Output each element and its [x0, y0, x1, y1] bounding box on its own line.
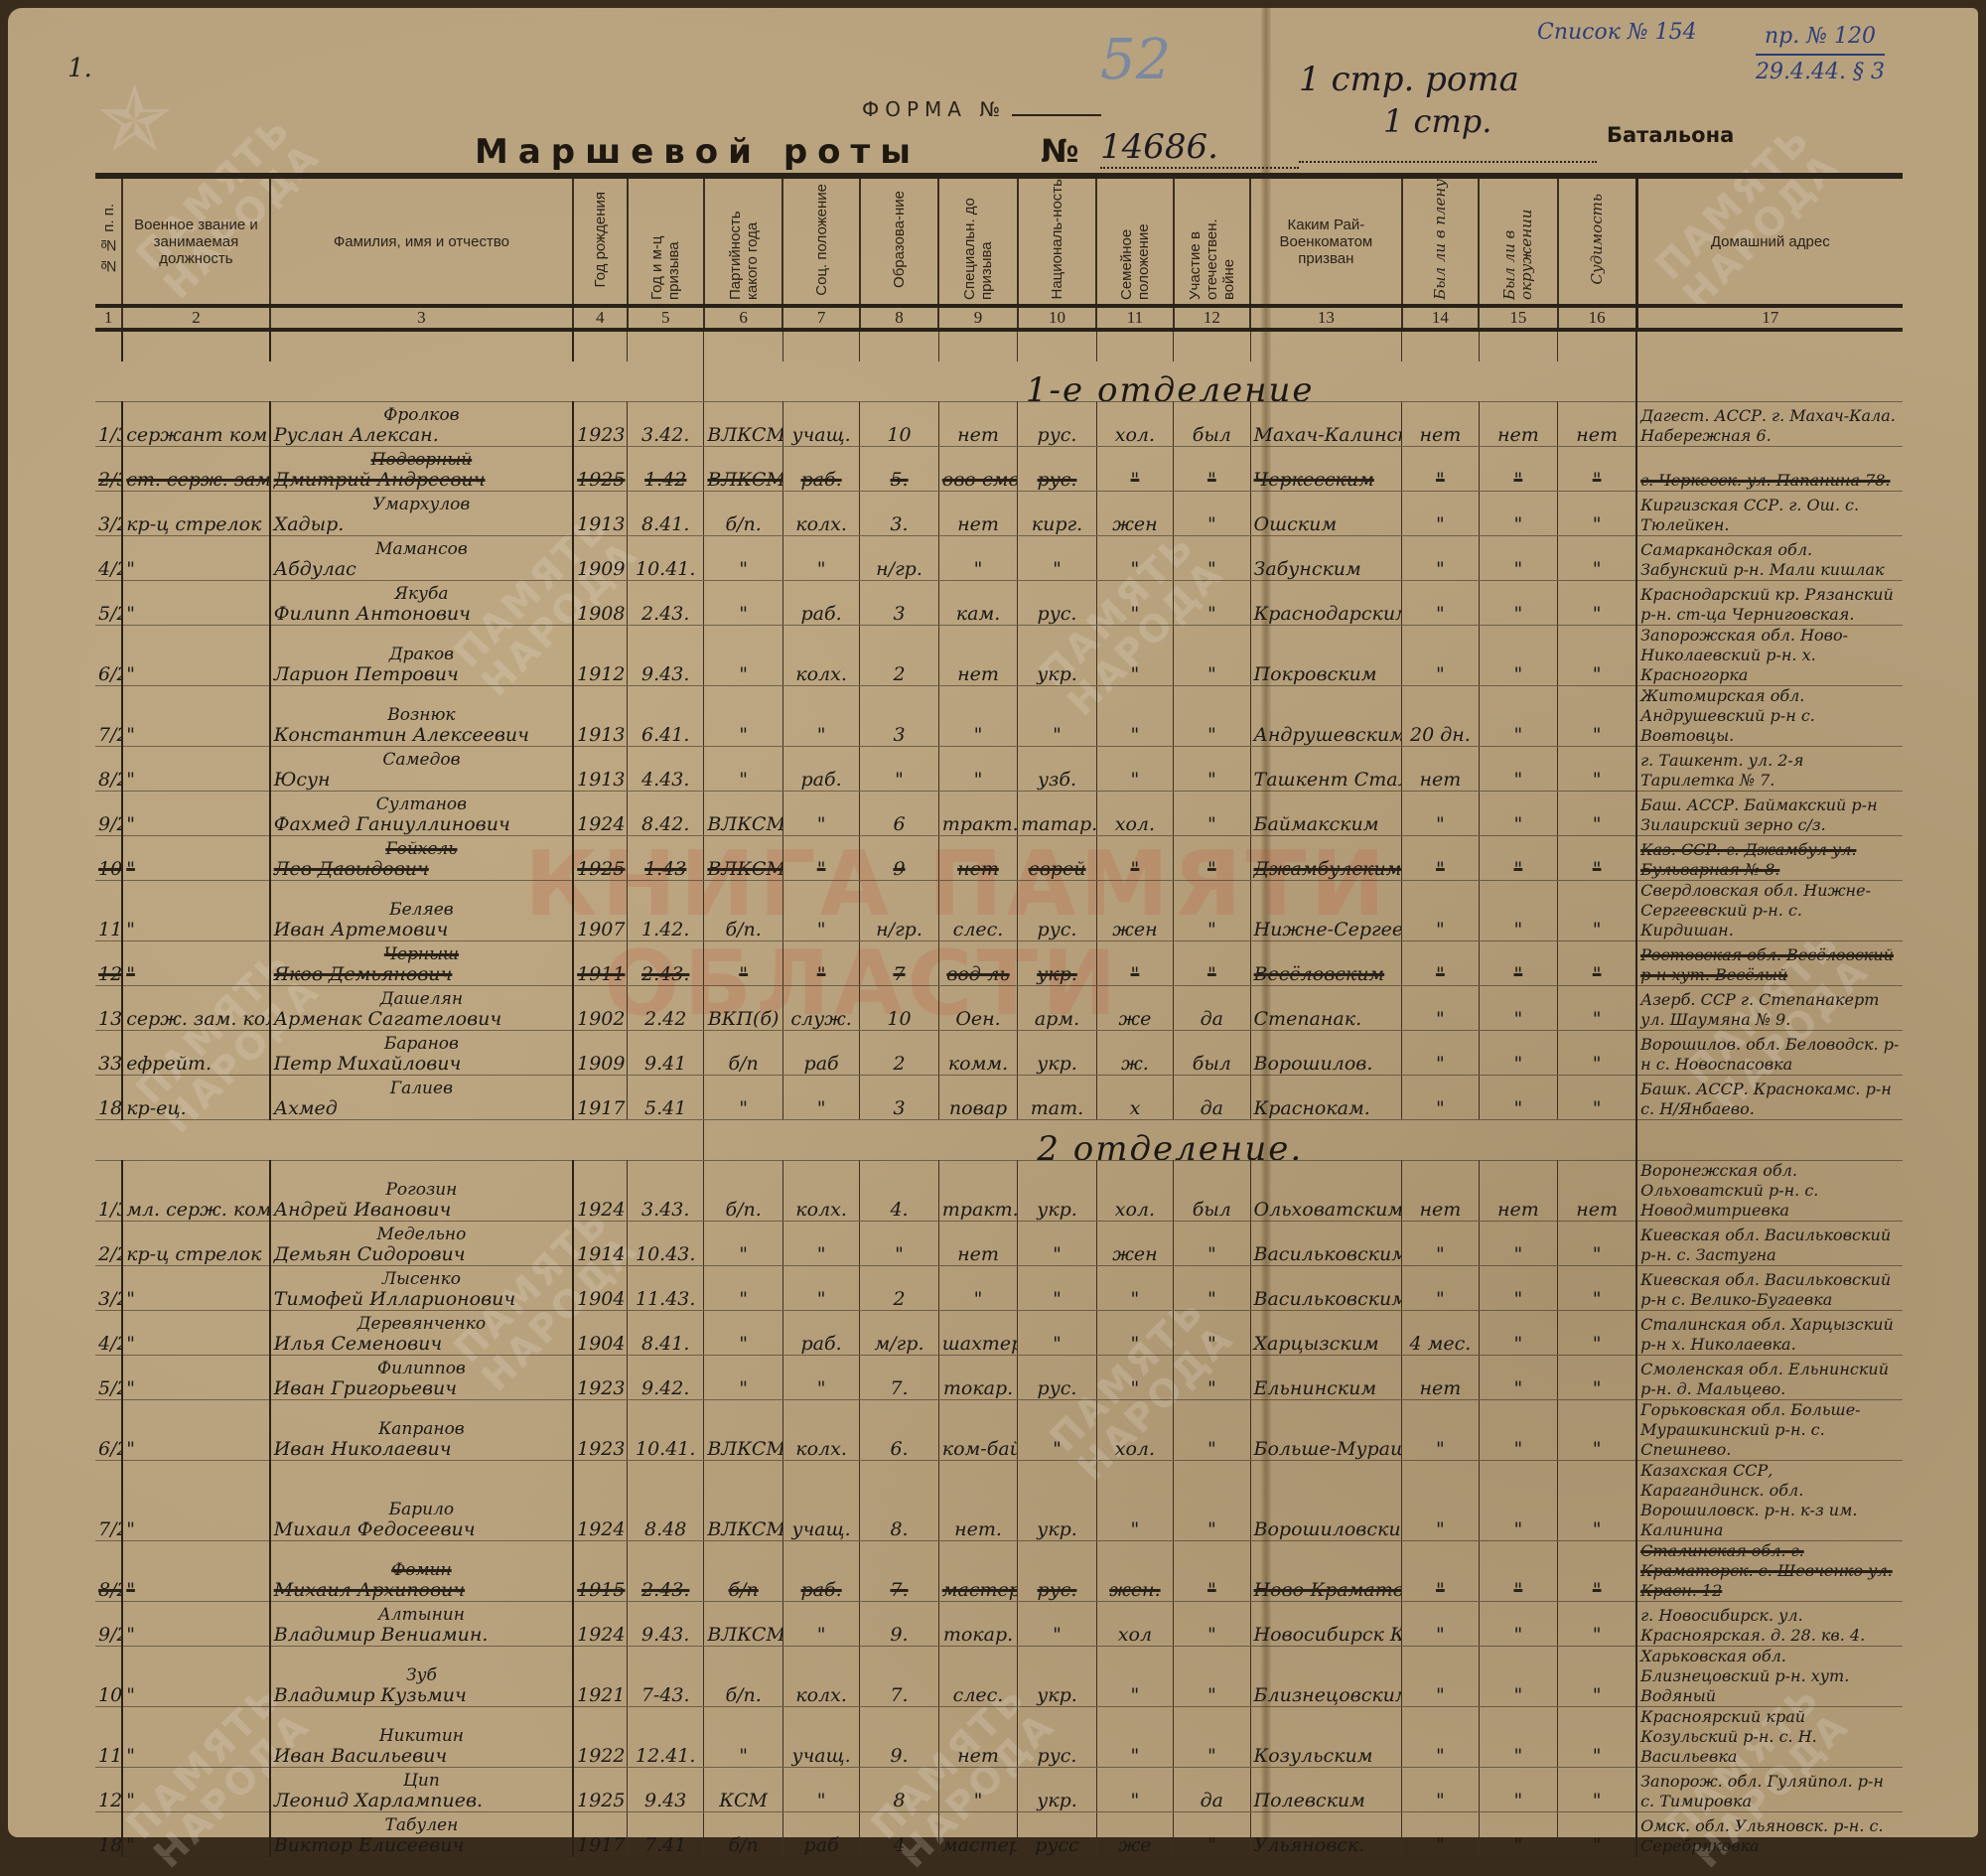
- rvk-cell: Больше-Мурашкинским: [1250, 1400, 1402, 1461]
- table-row: 2/2223кр-ц стрелокМедельноДемьян Сидоров…: [95, 1222, 1903, 1266]
- social-cell: ": [782, 836, 859, 881]
- encircled-cell: ": [1479, 1400, 1557, 1461]
- family-cell: ": [1096, 836, 1173, 881]
- full-name-cell: ЦипЛеонид Харлампиев.: [270, 1768, 573, 1812]
- social-cell: учащ.: [782, 1707, 859, 1768]
- draft-date-cell: 8.48: [628, 1461, 704, 1541]
- full-name-cell: ЧернышЯков Демьянович: [270, 941, 573, 986]
- war-participation-cell: был: [1174, 1161, 1250, 1222]
- birth-year-cell: 1913: [573, 747, 627, 792]
- given-names: Абдулас: [274, 558, 356, 580]
- address-cell: Сталинская обл. г. Краматорск. с. Шевчен…: [1636, 1541, 1903, 1602]
- surname: Галиев: [274, 1080, 569, 1097]
- given-names: Владимир Вениамин.: [274, 1624, 489, 1646]
- row-number: 1/338: [95, 1161, 122, 1222]
- nationality-cell: ": [1018, 1311, 1096, 1356]
- education-cell: 4: [860, 1812, 938, 1846]
- address-cell: Самаркандская обл. Забунский р-н. Мали к…: [1636, 536, 1903, 581]
- birth-year-cell: 1921: [573, 1647, 627, 1707]
- battalion-blank-line: [1299, 161, 1597, 163]
- social-cell: ": [782, 881, 859, 941]
- convicted-cell: ": [1558, 1541, 1636, 1602]
- roster-table: № № п. п. Военное звание и занимаемая до…: [95, 179, 1903, 1845]
- section-title: 1-е отделение: [704, 361, 1636, 402]
- specialty-cell: мастер: [938, 1812, 1017, 1846]
- given-names: Андрей Иванович: [274, 1199, 452, 1221]
- birth-year-cell: 1923: [573, 1356, 627, 1400]
- convicted-cell: ": [1558, 1356, 1636, 1400]
- captive-cell: ": [1402, 536, 1479, 581]
- birth-year-cell: 1917: [573, 1812, 627, 1846]
- empty-cell: [95, 330, 122, 361]
- col-header-rvk: Каким Рай-Военкоматом призван: [1250, 179, 1402, 306]
- captive-cell: нет: [1402, 402, 1479, 447]
- form-label: ФОРМА №: [862, 97, 1101, 121]
- row-number: 334: [95, 1031, 122, 1076]
- nationality-cell: рус.: [1018, 447, 1096, 492]
- family-cell: жен: [1096, 881, 1173, 941]
- birth-year-cell: 1904.: [573, 1266, 627, 1311]
- education-cell: 6.: [860, 1400, 938, 1461]
- war-participation-cell: ": [1174, 941, 1250, 986]
- full-name-cell: ЯкубаФилипп Антонович: [270, 581, 573, 626]
- nationality-cell: ": [1018, 1602, 1096, 1647]
- draft-date-cell: 7.41: [628, 1812, 704, 1846]
- empty-cell: [938, 330, 1017, 361]
- party-cell: б/п.: [704, 881, 782, 941]
- row-number: 2/2223: [95, 1222, 122, 1266]
- education-cell: м/гр.: [860, 1311, 938, 1356]
- party-cell: ВЛКСМ: [704, 1602, 782, 1647]
- convicted-cell: ": [1558, 1707, 1636, 1768]
- family-cell: ": [1096, 447, 1173, 492]
- rank-cell: ": [122, 1400, 270, 1461]
- table-row: 12/2235"ЦипЛеонид Харлампиев.19259.43КСМ…: [95, 1768, 1903, 1812]
- specialty-cell: слес.: [938, 1647, 1017, 1707]
- full-name-cell: ДеревянченкоИлья Семенович: [270, 1311, 573, 1356]
- full-name-cell: ДраковЛарион Петрович: [270, 626, 573, 686]
- education-cell: 7.: [860, 1356, 938, 1400]
- table-row: 9/2241."АлтынинВладимир Вениамин.19249.4…: [95, 1602, 1903, 1647]
- draft-date-cell: 3.43.: [628, 1161, 704, 1222]
- education-cell: 3: [860, 581, 938, 626]
- row-number: 4/2230: [95, 1311, 122, 1356]
- specialty-cell: нет: [938, 1707, 1017, 1768]
- rvk-cell: Ташкент Сталинским: [1250, 747, 1402, 792]
- rvk-cell: Ново-Краматорским: [1250, 1541, 1402, 1602]
- draft-date-cell: 9.41: [628, 1031, 704, 1076]
- rank-cell: ": [122, 1602, 270, 1647]
- encircled-cell: ": [1479, 881, 1557, 941]
- rank-cell: ": [122, 747, 270, 792]
- table-row: 3/2231"ЛысенкоТимофей Илларионович1904.1…: [95, 1266, 1903, 1311]
- full-name-cell: БарановПетр Михайлович: [270, 1031, 573, 1076]
- convicted-cell: ": [1558, 941, 1636, 986]
- specialty-cell: ": [938, 1768, 1017, 1812]
- captive-cell: ": [1402, 1400, 1479, 1461]
- convicted-cell: ": [1558, 1400, 1636, 1461]
- captive-cell: ": [1402, 1602, 1479, 1647]
- nationality-cell: укр.: [1018, 1768, 1096, 1812]
- family-cell: ": [1096, 1707, 1173, 1768]
- address-cell: Киевская обл. Васильковский р-н с. Велик…: [1636, 1266, 1903, 1311]
- family-cell: ": [1096, 1461, 1173, 1541]
- col-header-captive: Был ли в плену: [1402, 179, 1479, 306]
- surname: Султанов: [274, 795, 569, 813]
- empty-cell: [1479, 330, 1557, 361]
- given-names: Яков Демьянович: [274, 963, 453, 985]
- full-name-cell: АлтынинВладимир Вениамин.: [270, 1602, 573, 1647]
- family-cell: ": [1096, 536, 1173, 581]
- encircled-cell: ": [1479, 836, 1557, 881]
- rank-cell: ": [122, 1266, 270, 1311]
- specialty-cell: мастер разлив.: [938, 1541, 1017, 1602]
- convicted-cell: ": [1558, 792, 1636, 836]
- captive-cell: ": [1402, 626, 1479, 686]
- nationality-cell: укр.: [1018, 626, 1096, 686]
- rank-cell: серж. зам. ком. взв.: [122, 986, 270, 1031]
- birth-year-cell: 1913.: [573, 686, 627, 747]
- col-num: 15: [1479, 306, 1557, 330]
- war-participation-cell: ": [1174, 747, 1250, 792]
- nationality-cell: еврей: [1018, 836, 1096, 881]
- draft-date-cell: 9.42.: [628, 1356, 704, 1400]
- convicted-cell: ": [1558, 747, 1636, 792]
- party-cell: б/п: [704, 1031, 782, 1076]
- full-name-cell: КапрановИван Николаевич: [270, 1400, 573, 1461]
- rank-cell: ": [122, 1541, 270, 1602]
- party-cell: б/п.: [704, 492, 782, 536]
- draft-date-cell: 5.41: [628, 1076, 704, 1120]
- specialty-cell: токар.: [938, 1356, 1017, 1400]
- row-number: 4/2243.: [95, 536, 122, 581]
- family-cell: жен.: [1096, 1541, 1173, 1602]
- specialty-cell: тракт.: [938, 792, 1017, 836]
- war-participation-cell: ": [1174, 1266, 1250, 1311]
- draft-date-cell: 9.43.: [628, 1602, 704, 1647]
- full-name-cell: ГалиевАхмед: [270, 1076, 573, 1120]
- party-cell: ": [704, 1266, 782, 1311]
- col-header-drafted: Год и м-ц призыва: [628, 179, 704, 306]
- address-cell: г. Ташкент. ул. 2-я Тарилетка № 7.: [1636, 747, 1903, 792]
- draft-date-cell: 2.43.: [628, 941, 704, 986]
- address-cell: Баш. АССР. Баймакский р-н Зилаирский зер…: [1636, 792, 1903, 836]
- war-participation-cell: ": [1174, 1602, 1250, 1647]
- full-name-cell: МамансовАбдулас: [270, 536, 573, 581]
- table-row: 6/2255"ДраковЛарион Петрович1912.9.43."к…: [95, 626, 1903, 686]
- party-cell: ": [704, 747, 782, 792]
- given-names: Арменак Сагателович: [274, 1008, 501, 1030]
- family-cell: х: [1096, 1076, 1173, 1120]
- col-header-party: Партийность какого года: [704, 179, 782, 306]
- full-name-cell: СултановФахмед Ганиуллинович: [270, 792, 573, 836]
- war-participation-cell: ": [1174, 1647, 1250, 1707]
- address-cell: Смоленская обл. Ельнинский р-н. д. Мальц…: [1636, 1356, 1903, 1400]
- column-headers: № № п. п. Военное звание и занимаемая до…: [95, 179, 1903, 306]
- row-number: 11/2247: [95, 881, 122, 941]
- order-number: пр. № 120: [1756, 20, 1885, 56]
- surname: Филиппов: [274, 1360, 569, 1377]
- given-names: Лев Давыдович: [274, 858, 429, 880]
- order-reference-note: пр. № 120 29.4.44. § 3: [1756, 20, 1885, 89]
- family-cell: ": [1096, 581, 1173, 626]
- table-row: 2/343.ст. серж. зам. ком. отд.ПодгорныйД…: [95, 447, 1903, 492]
- convicted-cell: ": [1558, 536, 1636, 581]
- address-cell: г. Новосибирск. ул. Красноярская. д. 28.…: [1636, 1602, 1903, 1647]
- social-cell: колх.: [782, 1400, 859, 1461]
- nationality-cell: рус.: [1018, 1356, 1096, 1400]
- war-participation-cell: да: [1174, 1768, 1250, 1812]
- full-name-cell: ЛысенкоТимофей Илларионович: [270, 1266, 573, 1311]
- address-cell: Красноярский край Козульский р-н. с. Н. …: [1636, 1707, 1903, 1768]
- social-cell: ": [782, 792, 859, 836]
- company-note: 1 стр. рота: [1299, 60, 1519, 99]
- full-name-cell: БарилоМихаил Федосеевич: [270, 1461, 573, 1541]
- birth-year-cell: 1914.: [573, 1222, 627, 1266]
- specialty-cell: ": [938, 536, 1017, 581]
- rvk-cell: Васильковским: [1250, 1266, 1402, 1311]
- birth-year-cell: 1911: [573, 941, 627, 986]
- encircled-cell: ": [1479, 626, 1557, 686]
- birth-year-cell: 1924: [573, 1602, 627, 1647]
- specialty-cell: ": [938, 1266, 1017, 1311]
- party-cell: ВЛКСМ: [704, 792, 782, 836]
- surname: Якуба: [274, 585, 569, 603]
- nationality-cell: рус.: [1018, 1541, 1096, 1602]
- section-header: 2 отделение.: [95, 1120, 1903, 1161]
- encircled-cell: ": [1479, 792, 1557, 836]
- number-sign: №: [1041, 132, 1079, 170]
- given-names: Филипп Антонович: [274, 603, 471, 625]
- address-cell: Ростовская обл. Весёловский р-н хут. Вес…: [1636, 941, 1903, 986]
- family-cell: жен: [1096, 1222, 1173, 1266]
- war-participation-cell: ": [1174, 1812, 1250, 1846]
- order-date: 29.4.44. § 3: [1756, 56, 1885, 89]
- convicted-cell: ": [1558, 1311, 1636, 1356]
- convicted-cell: ": [1558, 1266, 1636, 1311]
- col-num: 12: [1174, 306, 1250, 330]
- specialty-cell: ово-смот.: [938, 447, 1017, 492]
- family-cell: ": [1096, 626, 1173, 686]
- nationality-cell: узб.: [1018, 747, 1096, 792]
- captive-cell: ": [1402, 1768, 1479, 1812]
- captive-cell: ": [1402, 1541, 1479, 1602]
- education-cell: 4.: [860, 1161, 938, 1222]
- empty-cell: [573, 330, 627, 361]
- encircled-cell: ": [1479, 1356, 1557, 1400]
- row-number: 1805: [95, 1812, 122, 1846]
- rank-cell: ": [122, 1311, 270, 1356]
- address-cell: Киевская обл. Васильковский р-н. с. Заст…: [1636, 1222, 1903, 1266]
- table-row: 334ефрейт.БарановПетр Михайлович19099.41…: [95, 1031, 1903, 1076]
- rank-cell: ": [122, 536, 270, 581]
- social-cell: ": [782, 1076, 859, 1120]
- table-row: 4/2230"ДеревянченкоИлья Семенович19048.4…: [95, 1311, 1903, 1356]
- nationality-cell: укр.: [1018, 1647, 1096, 1707]
- full-name-cell: МедельноДемьян Сидорович: [270, 1222, 573, 1266]
- rvk-cell: Степанак.: [1250, 986, 1402, 1031]
- table-row: 10/2253"ГойхельЛев Давыдович19251.43ВЛКС…: [95, 836, 1903, 881]
- captive-cell: нет: [1402, 1161, 1479, 1222]
- given-names: Демьян Сидорович: [274, 1243, 466, 1265]
- family-cell: же: [1096, 986, 1173, 1031]
- section-header: 1-е отделение: [95, 361, 1903, 402]
- table-row: 11/2247"БеляевИван Артемович19071.42.б/п…: [95, 881, 1903, 941]
- family-cell: ": [1096, 1356, 1173, 1400]
- captive-cell: ": [1402, 581, 1479, 626]
- col-num: 11: [1096, 306, 1173, 330]
- col-num: 7: [782, 306, 859, 330]
- rank-cell: ": [122, 581, 270, 626]
- empty-cell: [95, 1120, 704, 1161]
- birth-year-cell: 1923: [573, 402, 627, 447]
- surname: Барило: [274, 1501, 569, 1518]
- birth-year-cell: 1924.: [573, 792, 627, 836]
- captive-cell: нет: [1402, 747, 1479, 792]
- family-cell: ": [1096, 1647, 1173, 1707]
- education-cell: 2: [860, 1031, 938, 1076]
- surname: Подгорный: [274, 451, 569, 469]
- nationality-cell: ": [1018, 536, 1096, 581]
- table-row: 6/2233."КапрановИван Николаевич192310.41…: [95, 1400, 1903, 1461]
- education-cell: 3.: [860, 492, 938, 536]
- given-names: Хадыр.: [274, 513, 345, 535]
- family-cell: хол.: [1096, 402, 1173, 447]
- social-cell: ": [782, 536, 859, 581]
- given-names: Юсун: [274, 769, 331, 791]
- rvk-cell: Новосибирск Кагановическим: [1250, 1602, 1402, 1647]
- empty-cell: [1558, 330, 1636, 361]
- table-row: 13/6серж. зам. ком. взв.ДашелянАрменак С…: [95, 986, 1903, 1031]
- birth-year-cell: 1922: [573, 1707, 627, 1768]
- encircled-cell: ": [1479, 1076, 1557, 1120]
- address-cell: г. Черкесск. ул. Папанина 78.: [1636, 447, 1903, 492]
- captive-cell: ": [1402, 881, 1479, 941]
- row-number: 5/2221: [95, 1356, 122, 1400]
- given-names: Леонид Харлампиев.: [274, 1790, 483, 1811]
- table-spacer: [95, 330, 1903, 361]
- address-cell: Харьковская обл. Близнецовский р-н. хут.…: [1636, 1647, 1903, 1707]
- nationality-cell: рус.: [1018, 402, 1096, 447]
- empty-cell: [95, 361, 704, 402]
- encircled-cell: ": [1479, 1707, 1557, 1768]
- birth-year-cell: 1909: [573, 536, 627, 581]
- address-cell: Омск. обл. Ульяновск. р-н. с. Серебряков…: [1636, 1812, 1903, 1846]
- specialty-cell: комм.: [938, 1031, 1017, 1076]
- party-cell: б/п.: [704, 1161, 782, 1222]
- social-cell: ": [782, 941, 859, 986]
- nationality-cell: татар.: [1018, 792, 1096, 836]
- party-cell: ": [704, 1222, 782, 1266]
- row-number: 10/2225: [95, 1647, 122, 1707]
- rank-cell: ": [122, 792, 270, 836]
- row-number: 7/2252: [95, 686, 122, 747]
- birth-year-cell: 1923: [573, 1400, 627, 1461]
- row-number: 8/2234: [95, 1541, 122, 1602]
- family-cell: хол.: [1096, 1400, 1173, 1461]
- convicted-cell: ": [1558, 1031, 1636, 1076]
- party-cell: ": [704, 1707, 782, 1768]
- birth-year-cell: 1902: [573, 986, 627, 1031]
- address-cell: Свердловская обл. Нижне-Сергеевский р-н.…: [1636, 881, 1903, 941]
- col-num: 4: [573, 306, 627, 330]
- convicted-cell: ": [1558, 1768, 1636, 1812]
- social-cell: ": [782, 1768, 859, 1812]
- col-header-convicted: Судимость: [1558, 179, 1636, 306]
- surname: Зуб: [274, 1666, 569, 1684]
- rvk-cell: Забунским: [1250, 536, 1402, 581]
- surname: Черныш: [274, 945, 569, 963]
- address-cell: Ворошилов. обл. Беловодск. р-н с. Новосп…: [1636, 1031, 1903, 1076]
- table-row: 10/2225"ЗубВладимир Кузьмич19217-43.б/п.…: [95, 1647, 1903, 1707]
- full-name-cell: ЗубВладимир Кузьмич: [270, 1647, 573, 1707]
- draft-date-cell: 10.41.: [628, 536, 704, 581]
- margin-mark: 1.: [68, 54, 92, 83]
- captive-cell: ": [1402, 492, 1479, 536]
- rvk-cell: Покровским: [1250, 626, 1402, 686]
- given-names: Ахмед: [274, 1097, 338, 1119]
- party-cell: КСМ: [704, 1768, 782, 1812]
- draft-date-cell: 1.42: [628, 447, 704, 492]
- rank-cell: ": [122, 881, 270, 941]
- education-cell: 7.: [860, 1647, 938, 1707]
- empty-cell: [860, 330, 938, 361]
- row-number: 9/2241.: [95, 1602, 122, 1647]
- birth-year-cell: 1924: [573, 1461, 627, 1541]
- nationality-cell: укр.: [1018, 1161, 1096, 1222]
- surname: Рогозин: [274, 1181, 569, 1199]
- battalion-label: Батальона: [1607, 123, 1734, 147]
- address-cell: Башк. АССР. Краснокамс. р-н с. Н/Янбаево…: [1636, 1076, 1903, 1120]
- col-header-education: Образова-ние: [860, 179, 938, 306]
- col-header-specialty: Специальн. до призыва: [938, 179, 1017, 306]
- rank-cell: ": [122, 1707, 270, 1768]
- family-cell: хол.: [1096, 1161, 1173, 1222]
- nationality-cell: кирг.: [1018, 492, 1096, 536]
- address-cell: Азерб. ССР г. Степанакерт ул. Шаумяна № …: [1636, 986, 1903, 1031]
- surname: Табулен: [274, 1816, 569, 1834]
- draft-date-cell: 2.42: [628, 986, 704, 1031]
- row-number: 9/2248: [95, 792, 122, 836]
- party-cell: ": [704, 626, 782, 686]
- rvk-cell: Ворошиловским: [1250, 1461, 1402, 1541]
- rvk-cell: Краснокам.: [1250, 1076, 1402, 1120]
- nationality-cell: рус.: [1018, 881, 1096, 941]
- education-cell: 7.: [860, 1541, 938, 1602]
- war-participation-cell: был: [1174, 402, 1250, 447]
- document-page: ✯ ПАМЯТЬНАРОДА ПАМЯТЬНАРОДА ПАМЯТЬНАРОДА…: [8, 8, 1978, 1837]
- family-cell: ": [1096, 1311, 1173, 1356]
- party-cell: ": [704, 581, 782, 626]
- captive-cell: ": [1402, 1707, 1479, 1768]
- col-num: 6: [704, 306, 782, 330]
- party-cell: ВЛКСМ: [704, 1400, 782, 1461]
- given-names: Иван Артемович: [274, 919, 449, 940]
- address-cell: Казахская ССР, Карагандинск. обл. Вороши…: [1636, 1461, 1903, 1541]
- party-cell: ВЛКСМ: [704, 402, 782, 447]
- party-cell: ": [704, 1356, 782, 1400]
- convicted-cell: ": [1558, 1461, 1636, 1541]
- social-cell: раб.: [782, 1311, 859, 1356]
- war-participation-cell: ": [1174, 1222, 1250, 1266]
- watermark-star-icon: ✯: [97, 68, 172, 172]
- social-cell: раб.: [782, 1541, 859, 1602]
- nationality-cell: укр.: [1018, 1461, 1096, 1541]
- specialty-cell: нет: [938, 626, 1017, 686]
- party-cell: ": [704, 1076, 782, 1120]
- war-participation-cell: ": [1174, 881, 1250, 941]
- given-names: Михаил Архипович: [274, 1579, 465, 1601]
